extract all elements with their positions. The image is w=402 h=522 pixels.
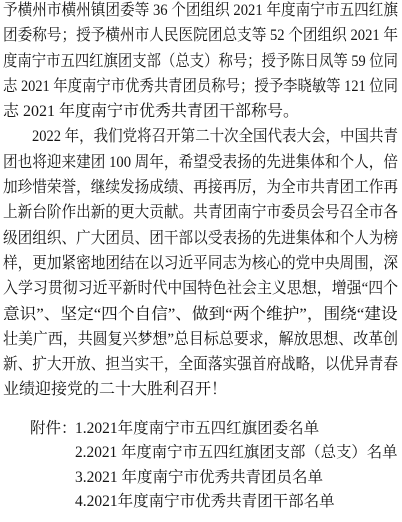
body-line: 业绩迎接党的二十大胜利召开！ bbox=[3, 377, 398, 402]
body-line: 予横州市横州镇团委等 36 个团组织 2021 年度南宁市五四红旗 bbox=[3, 0, 398, 23]
body-line: 志 2021 年度南宁市优秀共青团干部称号。 bbox=[3, 99, 398, 124]
body-line: 新、扩大开放、担当实干，全面落实强首府战略，以优异青春 bbox=[3, 352, 398, 377]
attachment-row: 2.2021 年度南宁市五四红旗团支部（总支）名单 bbox=[3, 441, 398, 466]
body-line: 入学习贯彻习近平新时代中国特色社会主义思想，增强“四个 bbox=[3, 276, 398, 301]
body-line-text: 意识”、坚定“四个自信”、做到“两个维护”，围绕“建设 bbox=[3, 302, 398, 327]
body-line-text: 予横州市横州镇团委等 36 个团组织 2021 年度南宁市五四红旗 bbox=[3, 0, 398, 23]
body-line-text: 样，更加紧密地团结在以习近平同志为核心的党中央周围，深 bbox=[3, 251, 398, 276]
document-page: 予横州市横州镇团委等 36 个团组织 2021 年度南宁市五四红旗 团委称号；授… bbox=[0, 0, 402, 522]
body-line-text: 团委称号；授予横州市人民医院团总支等 52 个团组织 2021 年 bbox=[3, 23, 398, 48]
body-line-text: 2022 年，我们党将召开第二十次全国代表大会，中国共青 bbox=[32, 124, 398, 149]
body-line-text: 新、扩大开放、担当实干，全面落实强首府战略，以优异青春 bbox=[3, 352, 398, 377]
body-line-text: 壮美广西，共圆复兴梦想”总目标总要求，解放思想、改革创 bbox=[3, 327, 398, 352]
body-line-text: 级团组织、广大团员、团干部以受表扬的先进集体和个人为榜 bbox=[3, 226, 398, 251]
body-line: 壮美广西，共圆复兴梦想”总目标总要求，解放思想、改革创 bbox=[3, 327, 398, 352]
body-line: 度南宁市五四红旗团支部（总支）称号；授予陈日凤等 59 位同 bbox=[3, 49, 398, 74]
attachment-label: 附件： bbox=[30, 417, 75, 442]
body-line: 加珍惜荣誉，继续发扬成绩、再接再厉，为全市共青团工作再 bbox=[3, 175, 398, 200]
attachment-item: 4.2021年度南宁市优秀共青团干部名单 bbox=[75, 490, 335, 515]
attachment-item: 2.2021 年度南宁市五四红旗团支部（总支）名单 bbox=[75, 441, 398, 466]
body-line-text: 上新台阶作出新的更大贡献。共青团南宁市委员会号召全市各 bbox=[3, 200, 398, 225]
body-line: 团委称号；授予横州市人民医院团总支等 52 个团组织 2021 年 bbox=[3, 23, 398, 48]
body-line-text: 团也将迎来建团 100 周年，希望受表扬的先进集体和个人，倍 bbox=[3, 150, 398, 175]
attachment-item: 1.2021年度南宁市五四红旗团委名单 bbox=[75, 417, 319, 442]
attachment-row: 4.2021年度南宁市优秀共青团干部名单 bbox=[3, 490, 398, 515]
body-line-text: 加珍惜荣誉，继续发扬成绩、再接再厉，为全市共青团工作再 bbox=[3, 175, 398, 200]
body-line: 意识”、坚定“四个自信”、做到“两个维护”，围绕“建设 bbox=[3, 302, 398, 327]
body-line: 志 2021 年度南宁市优秀共青团员称号；授予李晓敏等 121 位同 bbox=[3, 74, 398, 99]
body-line: 级团组织、广大团员、团干部以受表扬的先进集体和个人为榜 bbox=[3, 226, 398, 251]
body-line: 样，更加紧密地团结在以习近平同志为核心的党中央周围，深 bbox=[3, 251, 398, 276]
body-line-text: 入学习贯彻习近平新时代中国特色社会主义思想，增强“四个 bbox=[3, 276, 398, 301]
document-body: 予横州市横州镇团委等 36 个团组织 2021 年度南宁市五四红旗 团委称号；授… bbox=[3, 0, 398, 403]
body-line-text: 志 2021 年度南宁市优秀共青团员称号；授予李晓敏等 121 位同 bbox=[3, 74, 398, 99]
body-line-text: 志 2021 年度南宁市优秀共青团干部称号。 bbox=[3, 99, 299, 124]
body-line: 团也将迎来建团 100 周年，希望受表扬的先进集体和个人，倍 bbox=[3, 150, 398, 175]
attachment-row: 附件：1.2021年度南宁市五四红旗团委名单 bbox=[3, 417, 398, 442]
body-line-text: 度南宁市五四红旗团支部（总支）称号；授予陈日凤等 59 位同 bbox=[3, 49, 398, 74]
body-line: 上新台阶作出新的更大贡献。共青团南宁市委员会号召全市各 bbox=[3, 200, 398, 225]
body-line: 2022 年，我们党将召开第二十次全国代表大会，中国共青 bbox=[3, 124, 398, 149]
body-line-text: 业绩迎接党的二十大胜利召开！ bbox=[3, 377, 227, 402]
attachment-section: 附件：1.2021年度南宁市五四红旗团委名单 2.2021 年度南宁市五四红旗团… bbox=[3, 417, 398, 515]
attachment-row: 3.2021 年度南宁市优秀共青团员名单 bbox=[3, 466, 398, 491]
attachment-item: 3.2021 年度南宁市优秀共青团员名单 bbox=[75, 466, 323, 491]
